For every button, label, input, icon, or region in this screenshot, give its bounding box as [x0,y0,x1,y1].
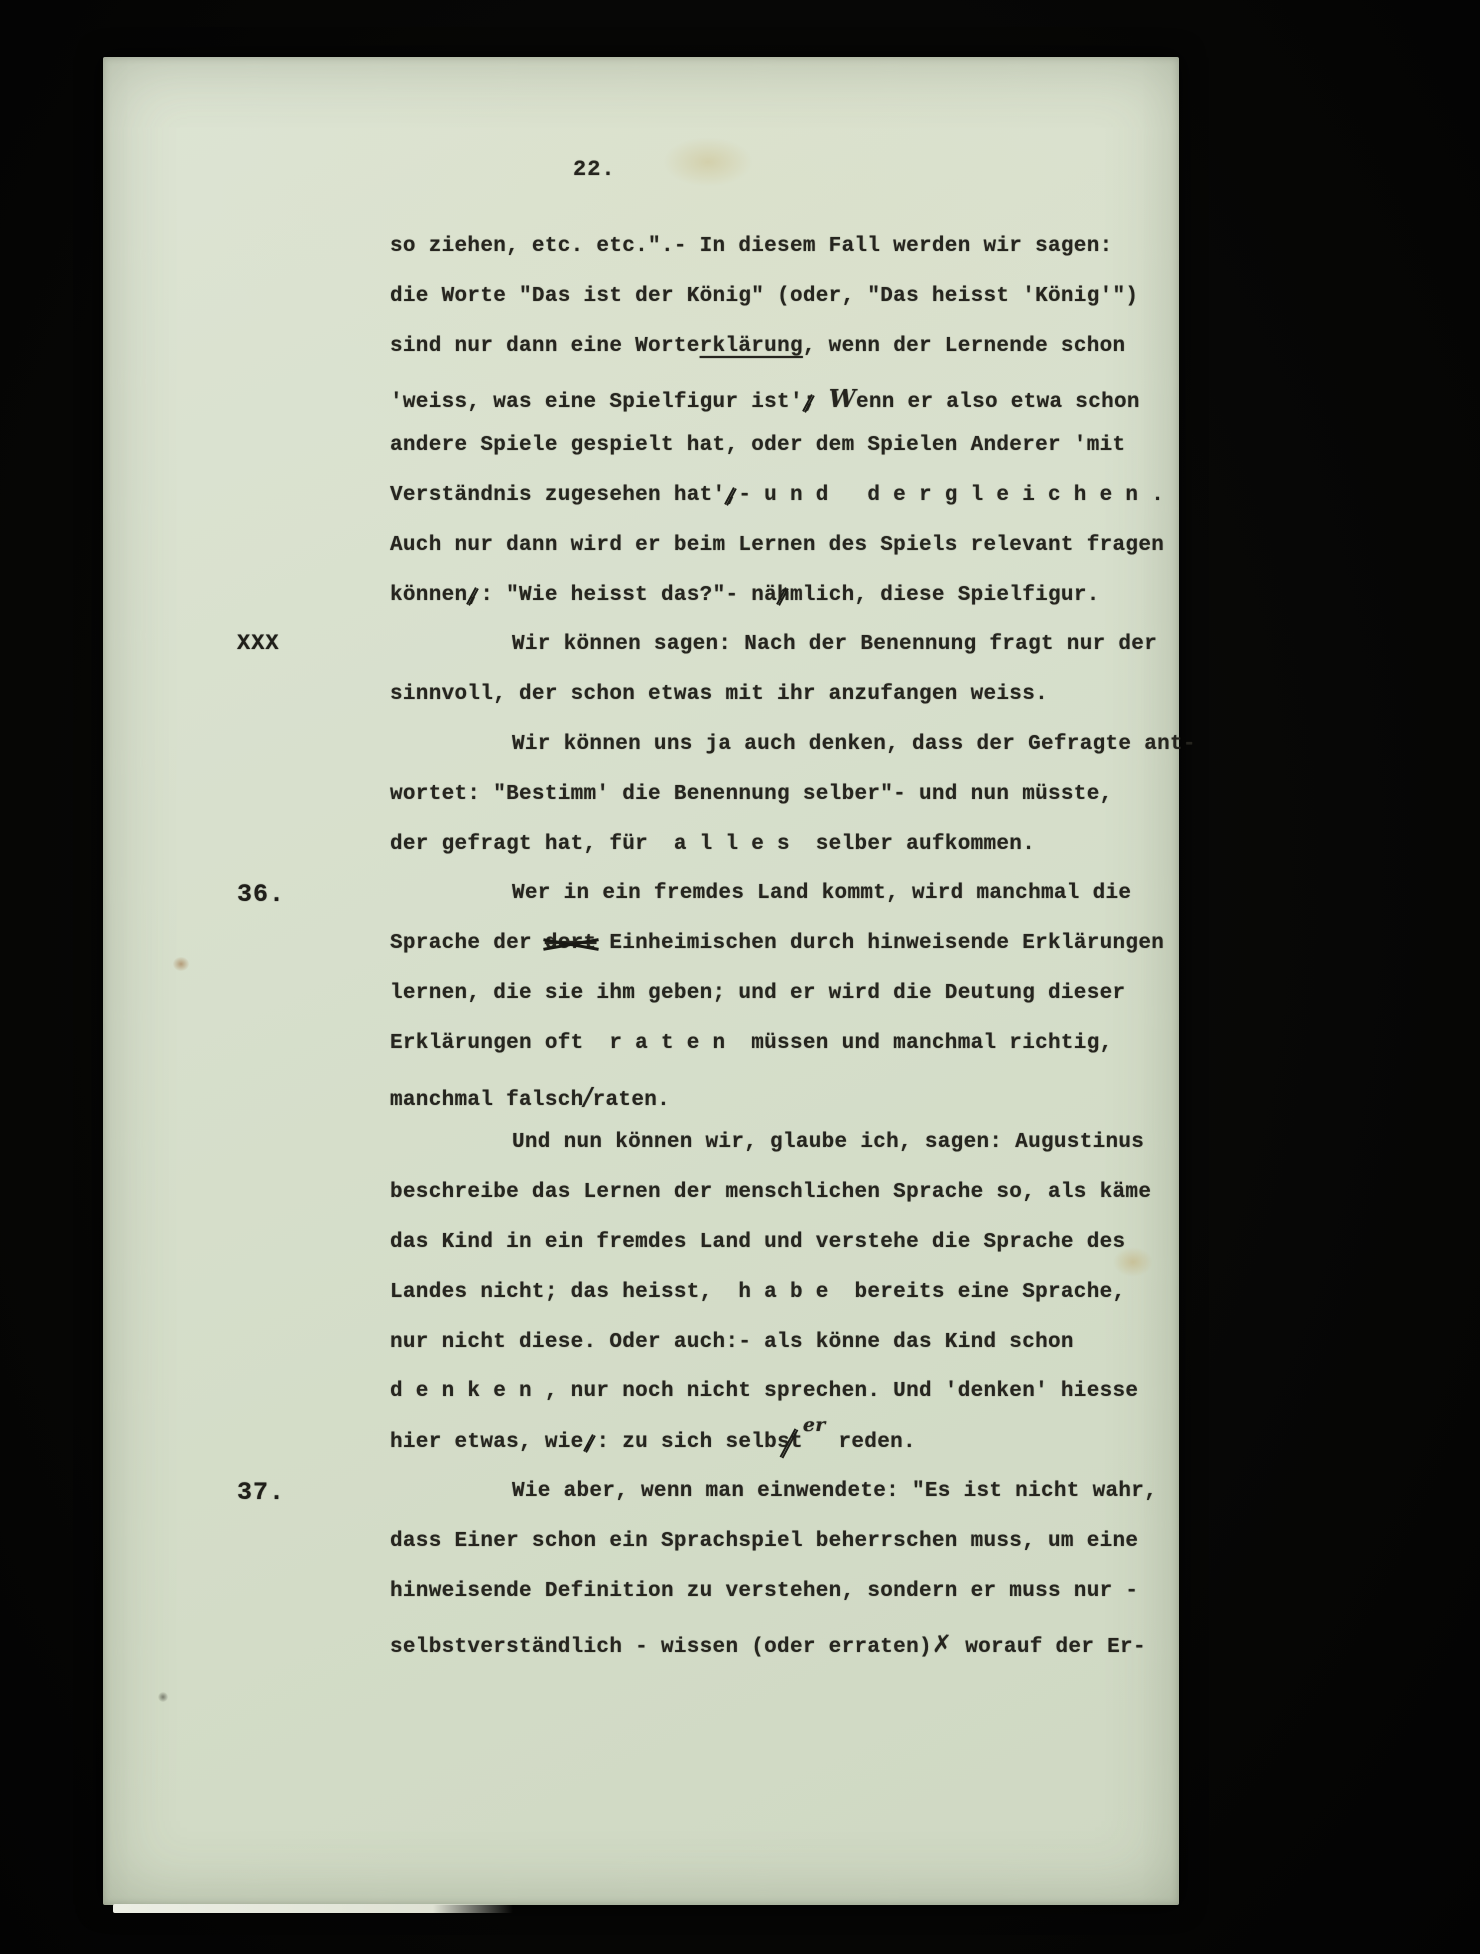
text-segment: Sprache der [390,932,545,955]
text-segment: : "Wie heisst das?"- nä [480,584,777,607]
text-segment: sind nur dann eine Worte [390,335,700,358]
text-segment: das Kind in ein fremdes Land und versteh… [390,1231,1125,1254]
text-line: sind nur dann eine Worterklärung, wenn d… [390,335,1160,385]
text-segment: : zu sich selb [596,1431,777,1454]
text-segment: sinnvoll, der schon etwas mit ihr anzufa… [390,683,1048,706]
text-segment: hier etwas, wie [390,1431,584,1454]
text-segment: hinweisende Definition zu verstehen, son… [390,1580,1138,1603]
text-segment-hand-sup: er [803,1414,826,1436]
text-line: Und nun können wir, glaube ich, sagen: A… [390,1131,1160,1181]
text-line: die Worte "Das ist der König" (oder, "Da… [390,285,1160,335]
text-line: Wie aber, wenn man einwendete: "Es ist n… [390,1480,1160,1530]
text-line: Wir können sagen: Nach der Benennung fra… [390,633,1160,683]
margin-note: 36. [237,880,285,909]
text-line: sinnvoll, der schon etwas mit ihr anzufa… [390,683,1160,733]
text-line: Erklärungen oft r a t e n müssen und man… [390,1032,1160,1082]
text-segment: - u n d d e r g l e i c h e n . [738,484,1164,507]
text-line: nur nicht diese. Oder auch:- als könne d… [390,1331,1160,1381]
text-segment-hand: ✗ [932,1629,952,1658]
text-line: andere Spiele gespielt hat, oder dem Spi… [390,434,1160,484]
paper-stain [663,137,753,187]
text-segment [816,391,829,414]
paper-stain [158,1692,168,1702]
text-segment-x: , [467,584,480,607]
text-segment-x: ; [803,391,816,414]
text-segment: mlich, diese Spielfigur. [790,584,1100,607]
text-segment: dass Einer schon ein Sprachspiel beherrs… [390,1530,1138,1553]
text-line: beschreibe das Lernen der menschlichen S… [390,1181,1160,1231]
text-line: der gefragt hat, für a l l e s selber au… [390,833,1160,883]
text-segment: Wer in ein fremdes Land kommt, wird manc… [512,882,1131,905]
text-segment: selbstverständlich - wissen (oder errate… [390,1636,932,1659]
photo-background: 22. so ziehen, etc. etc.".- In diesem Fa… [0,0,1480,1954]
text-segment: Wie aber, wenn man einwendete: "Es ist n… [512,1480,1157,1503]
text-line: können,: "Wie heisst das?"- nähmlich, di… [390,584,1160,634]
text-segment: Auch nur dann wird er beim Lernen des Sp… [390,534,1164,557]
text-segment: d e n k e n , nur noch nicht sprechen. U… [390,1380,1138,1403]
text-segment: so ziehen, etc. etc.".- In diesem Fall w… [390,235,1113,258]
typescript-page: 22. so ziehen, etc. etc.".- In diesem Fa… [103,57,1179,1905]
typescript-body: so ziehen, etc. etc.".- In diesem Fall w… [390,235,1160,1679]
text-segment: Landes nicht; das heisst, h a b e bereit… [390,1281,1125,1304]
text-segment: wortet: "Bestimm' die Benennung selber"-… [390,783,1113,806]
text-line: hier etwas, wie,: zu sich selbster reden… [390,1430,1160,1480]
text-segment: die Worte "Das ist der König" (oder, "Da… [390,285,1138,308]
paper-edge [113,1904,513,1913]
text-segment: andere Spiele gespielt hat, oder dem Spi… [390,434,1125,457]
text-line: Wer in ein fremdes Land kommt, wird manc… [390,882,1160,932]
text-line: hinweisende Definition zu verstehen, son… [390,1580,1160,1630]
paper-stain [173,957,189,971]
text-segment: der gefragt hat, für a l l e s selber au… [390,833,1035,856]
text-segment: manchmal falsch [390,1089,584,1112]
text-segment: enn er also etwa schon [856,391,1140,414]
text-segment: können [390,584,467,607]
text-segment: Und nun können wir, glaube ich, sagen: A… [512,1131,1144,1154]
text-segment: Einheimischen durch hinweisende Erklärun… [596,932,1164,955]
text-segment-hand: W [829,384,856,413]
text-segment-x: h [777,584,790,607]
text-segment: 'weiss, was eine Spielfigur ist' [390,391,803,414]
text-segment: beschreibe das Lernen der menschlichen S… [390,1181,1151,1204]
text-segment: raten. [593,1089,670,1112]
text-line: 'weiss, was eine Spielfigur ist'; Wenn e… [390,384,1160,434]
text-line: Auch nur dann wird er beim Lernen des Sp… [390,534,1160,584]
text-segment: Wir können sagen: Nach der Benennung fra… [512,633,1157,656]
text-line: dass Einer schon ein Sprachspiel beherrs… [390,1530,1160,1580]
text-line: d e n k e n , nur noch nicht sprechen. U… [390,1380,1160,1430]
text-segment: reden. [826,1431,916,1454]
text-segment: Verständnis zugesehen hat' [390,484,725,507]
text-segment-x: st [777,1431,803,1454]
text-segment-x: , [725,484,738,507]
text-line: Wir können uns ja auch denken, dass der … [390,733,1160,783]
margin-note: 37. [237,1478,285,1507]
text-line: das Kind in ein fremdes Land und versteh… [390,1231,1160,1281]
text-segment-u: rklärung [700,335,803,358]
text-segment: Wir können uns ja auch denken, dass der … [512,733,1196,756]
text-line: selbstverständlich - wissen (oder errate… [390,1629,1160,1679]
text-line: Sprache der dort Einheimischen durch hin… [390,932,1160,982]
margin-note: XXX [237,631,280,656]
text-segment-x: , [584,1431,597,1454]
text-line: Verständnis zugesehen hat',- u n d d e r… [390,484,1160,534]
page-number: 22. [573,157,616,182]
text-line: wortet: "Bestimm' die Benennung selber"-… [390,783,1160,833]
text-segment: worauf der Er- [952,1636,1146,1659]
text-segment: lernen, die sie ihm geben; und er wird d… [390,982,1125,1005]
text-segment-hand: / [584,1082,593,1111]
text-segment: Erklärungen oft r a t e n müssen und man… [390,1032,1113,1055]
text-line: manchmal falsch/raten. [390,1082,1160,1132]
text-line: Landes nicht; das heisst, h a b e bereit… [390,1281,1160,1331]
text-line: so ziehen, etc. etc.".- In diesem Fall w… [390,235,1160,285]
text-line: lernen, die sie ihm geben; und er wird d… [390,982,1160,1032]
text-segment: , wenn der Lernende schon [803,335,1126,358]
text-segment-xx: dort [545,932,597,955]
text-segment: nur nicht diese. Oder auch:- als könne d… [390,1331,1074,1354]
